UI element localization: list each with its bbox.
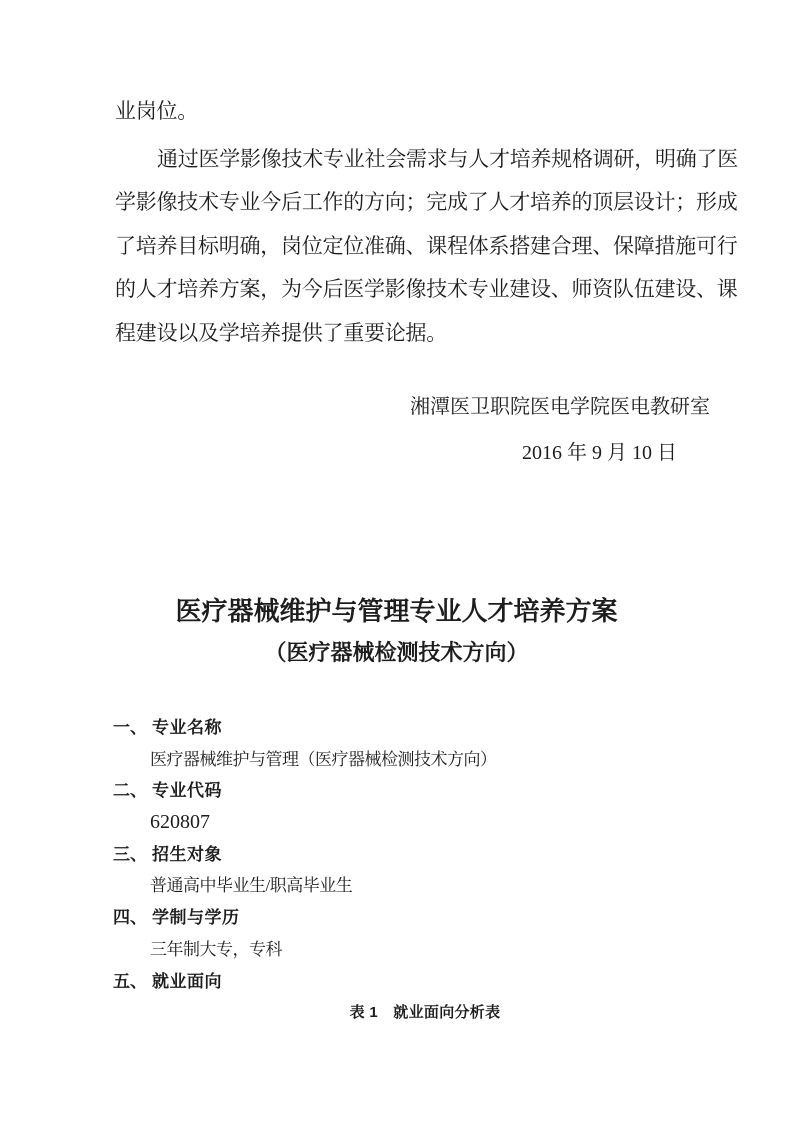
document-title: 医疗器械维护与管理专业人才培养方案 xyxy=(0,598,793,625)
section-4-number: 四、 xyxy=(113,902,152,934)
section-1-heading-row: 一、专业名称 xyxy=(113,712,737,744)
signature-line: 湘潭医卫职院医电学院医电教研室 xyxy=(410,397,710,418)
section-4-heading: 学制与学历 xyxy=(152,908,240,927)
section-1-heading: 专业名称 xyxy=(152,718,222,737)
date-line: 2016 年 9 月 10 日 xyxy=(522,443,677,464)
section-5-heading-row: 五、就业面向 xyxy=(113,966,737,998)
document-subtitle: （医疗器械检测技术方向） xyxy=(0,641,793,664)
section-3-number: 三、 xyxy=(113,839,152,871)
section-1-content: 医疗器械维护与管理（医疗器械检测技术方向） xyxy=(113,744,737,776)
table-caption: 表 1 就业面向分析表 xyxy=(113,997,737,1029)
paragraph-tail-line: 业岗位。 xyxy=(115,101,198,122)
paragraph-line: 程建设以及学培养提供了重要论据。 xyxy=(115,312,747,355)
section-3-content: 普通高中毕业生/职高毕业生 xyxy=(113,870,737,902)
section-4-heading-row: 四、学制与学历 xyxy=(113,902,737,934)
section-3-heading-row: 三、招生对象 xyxy=(113,839,737,871)
section-2-heading-row: 二、专业代码 xyxy=(113,775,737,807)
paragraph-line: 学影像技术专业今后工作的方向；完成了人才培养的顶层设计；形成 xyxy=(115,181,747,224)
section-5-heading: 就业面向 xyxy=(152,972,222,991)
section-2-number: 二、 xyxy=(113,775,152,807)
section-3-heading: 招生对象 xyxy=(152,845,222,864)
section-5-number: 五、 xyxy=(113,966,152,998)
section-4-content: 三年制大专，专科 xyxy=(113,934,737,966)
document-page: 业岗位。 通过医学影像技术专业社会需求与人才培养规格调研，明确了医 学影像技术专… xyxy=(0,0,793,1122)
section-2-heading: 专业代码 xyxy=(152,781,222,800)
section-1-number: 一、 xyxy=(113,712,152,744)
paragraph-line: 的人才培养方案，为今后医学影像技术专业建设、师资队伍建设、课 xyxy=(115,268,747,311)
paragraph-line: 了培养目标明确，岗位定位准确、课程体系搭建合理、保障措施可行 xyxy=(115,225,747,268)
intro-paragraph: 通过医学影像技术专业社会需求与人才培养规格调研，明确了医 学影像技术专业今后工作… xyxy=(115,138,747,355)
section-list: 一、专业名称 医疗器械维护与管理（医疗器械检测技术方向） 二、专业代码 6208… xyxy=(113,712,737,1029)
section-2-content: 620807 xyxy=(113,807,737,839)
paragraph-line: 通过医学影像技术专业社会需求与人才培养规格调研，明确了医 xyxy=(115,138,747,181)
